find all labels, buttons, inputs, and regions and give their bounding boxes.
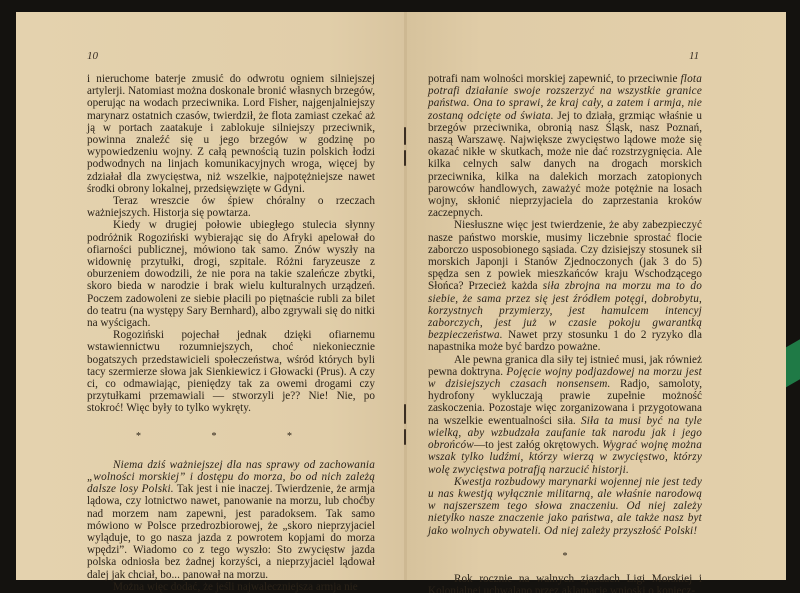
section-separator: * * * [87, 431, 375, 445]
paragraph: Rogoziński pojechał jednak dzięki ofiarn… [87, 329, 375, 414]
page-number-right: 11 [689, 50, 699, 62]
paragraph: Teraz wreszcie ów śpiew chóralny o rzecz… [87, 195, 375, 219]
right-page-text: potrafi nam wolności morskiej zapewnić, … [428, 73, 702, 593]
staple-mark [404, 127, 406, 145]
paragraph: Kwestja rozbudowy marynarki wojennej nie… [428, 476, 702, 537]
staple-mark [404, 150, 406, 166]
paragraph: Niesłuszne więc jest twierdzenie, że aby… [428, 219, 702, 353]
body-text: i nieruchome baterje zmusić do odwrotu o… [87, 73, 375, 195]
staple-mark [404, 429, 406, 445]
paragraph: Niema dziś ważniejszej dla nas sprawy od… [87, 459, 375, 581]
left-page: 10 i nieruchome baterje zmusić do odwrot… [16, 12, 406, 580]
body-text: Tak jest i nie inaczej. Twierdzenie, że … [87, 483, 375, 580]
body-text: Kiedy w drugiej połowie ubiegłego stulec… [87, 219, 375, 329]
paragraph: i nieruchome baterje zmusić do odwrotu o… [87, 73, 375, 195]
body-text: Teraz wreszcie ów śpiew chóralny o rzecz… [87, 195, 375, 219]
body-text: Rok rocznie na walnych zjazdach Ligi Mor… [428, 573, 702, 593]
paragraph: Ale pewna granica dla siły tej istnieć m… [428, 354, 702, 476]
italic-text: Kwestja rozbudowy marynarki wojennej nie… [428, 476, 702, 537]
body-text: Rogoziński pojechał jednak dzięki ofiarn… [87, 329, 375, 414]
right-page: 11 potrafi nam wolności morskiej zapewni… [406, 12, 786, 580]
book-spread: 10 i nieruchome baterje zmusić do odwrot… [16, 12, 786, 580]
paragraph: potrafi nam wolności morskiej zapewnić, … [428, 73, 702, 219]
body-text: potrafi nam wolności morskiej zapewnić, … [428, 73, 680, 85]
paragraph: Można więc dodać, że jeśli najwaleczniej… [87, 581, 375, 593]
book-spine [404, 12, 407, 580]
left-page-text: i nieruchome baterje zmusić do odwrotu o… [87, 73, 375, 593]
body-text: Jej to działa, grzmiąc właśnie u brzegów… [428, 110, 702, 220]
paragraph: Rok rocznie na walnych zjazdach Ligi Mor… [428, 573, 702, 593]
paragraph: Kiedy w drugiej połowie ubiegłego stulec… [87, 219, 375, 329]
page-number-left: 10 [87, 50, 98, 62]
staple-mark [404, 404, 406, 424]
body-text: Można więc dodać, że jeśli najwaleczniej… [113, 581, 358, 593]
section-separator: * [428, 551, 702, 563]
body-text: —to jest załóg okrętowych. [474, 439, 602, 451]
